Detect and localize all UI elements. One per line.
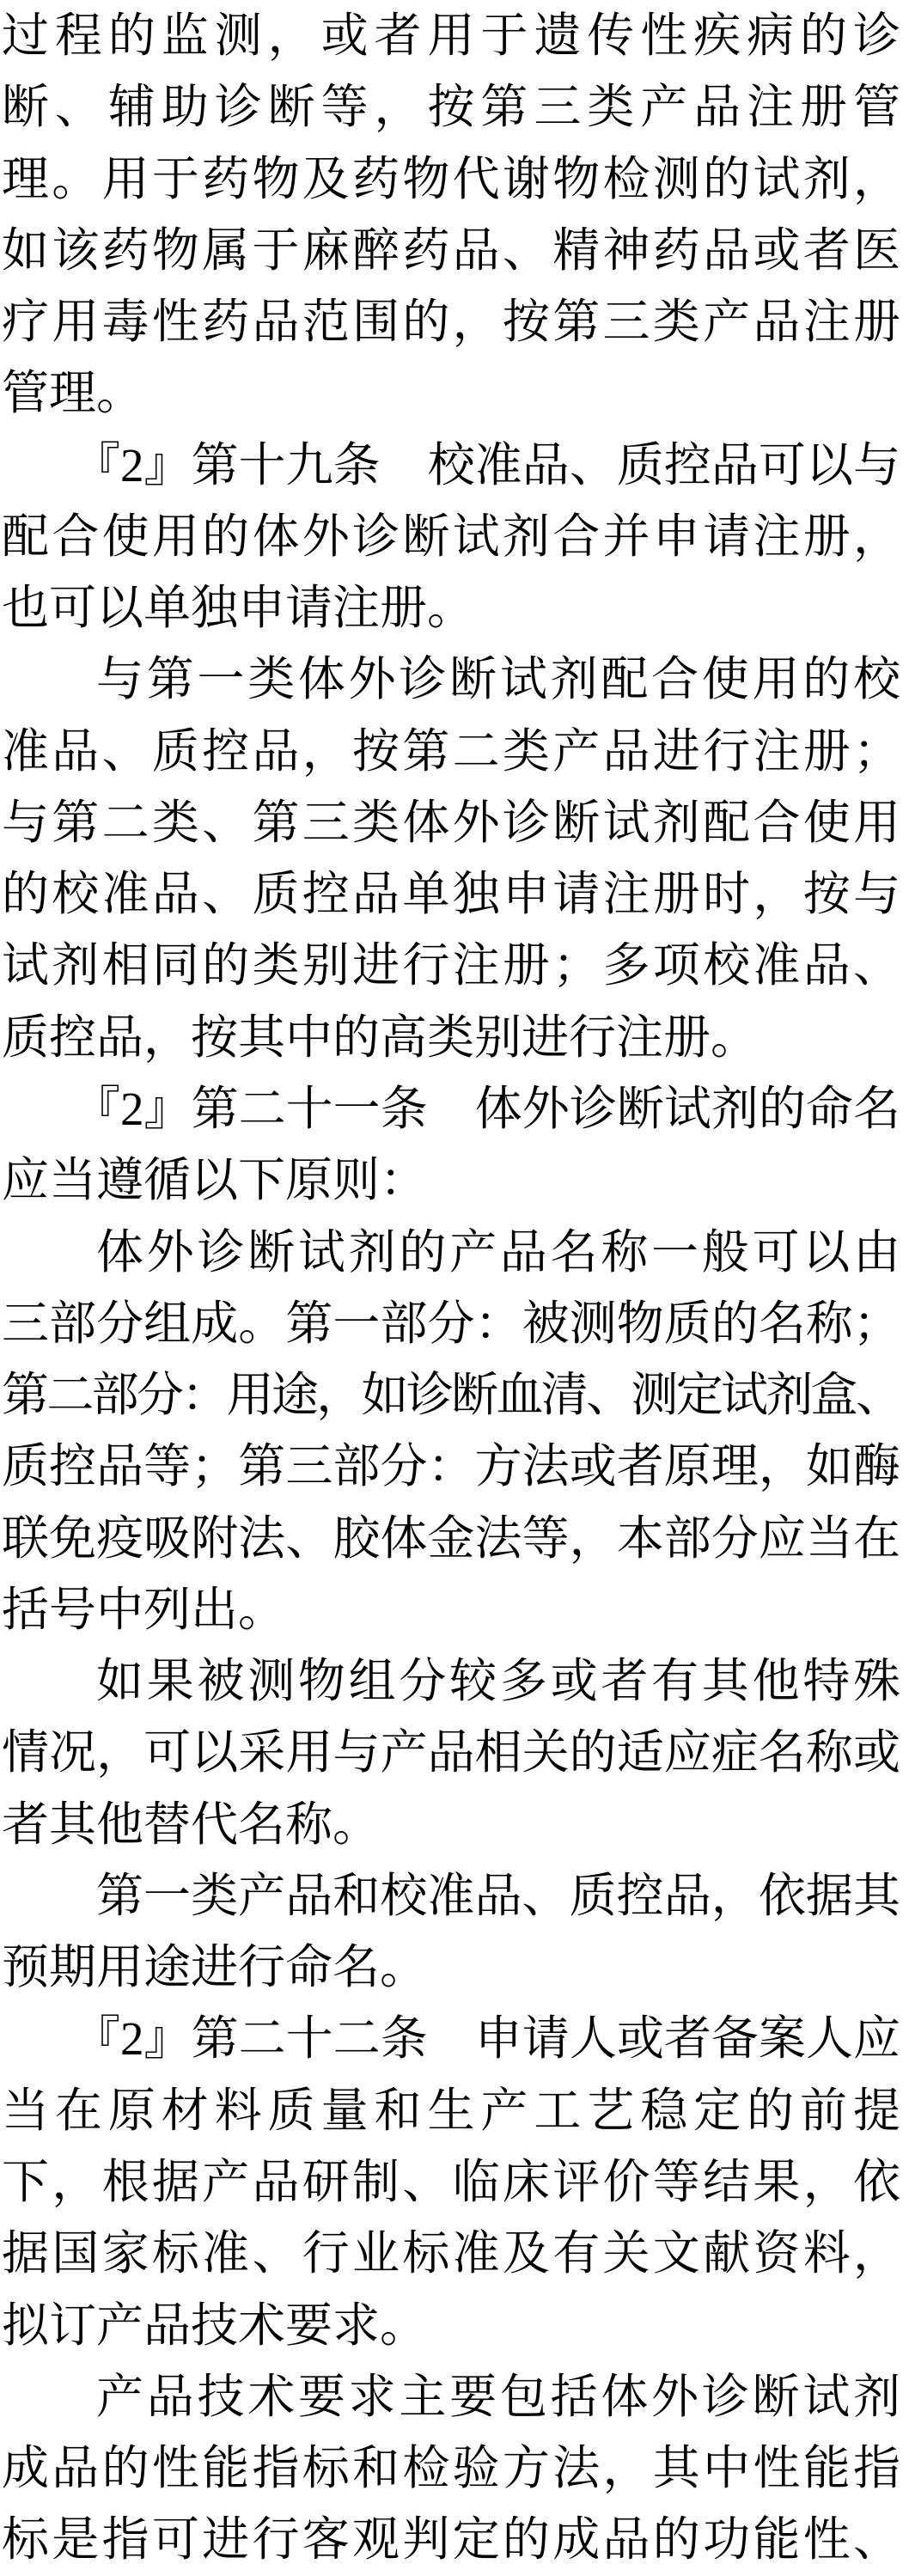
text-line: 应当遵循以下原则： — [2, 1145, 900, 1216]
text-line: 体外诊断试剂的产品名称一般可以由 — [2, 1217, 900, 1288]
text-line: 第二部分：用途，如诊断血清、测定试剂盒、 — [2, 1359, 900, 1431]
text-line: 也可以单独申请注册。 — [2, 572, 900, 644]
text-line: 三部分组成。第一部分：被测物质的名称； — [2, 1288, 900, 1359]
text-line: 据国家标准、行业标准及有关文献资料， — [2, 2218, 900, 2289]
text-line: 管理。 — [2, 357, 900, 429]
text-line: 质控品等；第三部分：方法或者原理，如酶 — [2, 1431, 900, 1502]
text-line: 疗用毒性药品范围的，按第三类产品注册 — [2, 286, 900, 357]
document-text: 过程的监测，或者用于遗传性疾病的诊断、辅助诊断等，按第三类产品注册管理。用于药物… — [0, 0, 909, 2576]
text-line: 标是指可进行客观判定的成品的功能性、 — [2, 2504, 900, 2575]
text-line: 拟订产品技术要求。 — [2, 2290, 900, 2361]
text-line: 与第一类体外诊断试剂配合使用的校 — [2, 644, 900, 715]
text-line: 质控品，按其中的高类别进行注册。 — [2, 1002, 900, 1073]
text-line: 准品、质控品，按第二类产品进行注册； — [2, 716, 900, 787]
text-line: 理。用于药物及药物代谢物检测的试剂， — [2, 143, 900, 215]
text-line: 『2』第二十一条 体外诊断试剂的命名 — [2, 1073, 900, 1145]
text-line: 当在原材料质量和生产工艺稳定的前提 — [2, 2075, 900, 2146]
text-line: 试剂相同的类别进行注册；多项校准品、 — [2, 930, 900, 1001]
text-line: 括号中列出。 — [2, 1574, 900, 1645]
document-page: 过程的监测，或者用于遗传性疾病的诊断、辅助诊断等，按第三类产品注册管理。用于药物… — [0, 0, 909, 2576]
text-line: 与第二类、第三类体外诊断试剂配合使用 — [2, 787, 900, 858]
text-line: 的校准品、质控品单独申请注册时，按与 — [2, 858, 900, 930]
text-line: 配合使用的体外诊断试剂合并申请注册， — [2, 501, 900, 572]
text-line: 断、辅助诊断等，按第三类产品注册管 — [2, 71, 900, 143]
text-line: 过程的监测，或者用于遗传性疾病的诊 — [2, 0, 900, 71]
text-line: 联免疫吸附法、胶体金法等，本部分应当在 — [2, 1503, 900, 1574]
text-line: 预期用途进行命名。 — [2, 1932, 900, 2003]
text-line: 『2』第十九条 校准品、质控品可以与 — [2, 430, 900, 501]
text-line: 第一类产品和校准品、质控品，依据其 — [2, 1860, 900, 1932]
text-line: 产品技术要求主要包括体外诊断试剂 — [2, 2361, 900, 2433]
text-line: 情况，可以采用与产品相关的适应症名称或 — [2, 1717, 900, 1788]
text-line: 如果被测物组分较多或者有其他特殊 — [2, 1645, 900, 1717]
text-line: 『2』第二十二条 申请人或者备案人应 — [2, 2003, 900, 2074]
text-line: 下，根据产品研制、临床评价等结果，依 — [2, 2146, 900, 2218]
text-line: 者其他替代名称。 — [2, 1789, 900, 1860]
text-line: 如该药物属于麻醉药品、精神药品或者医 — [2, 215, 900, 286]
text-line: 成品的性能指标和检验方法，其中性能指 — [2, 2433, 900, 2504]
